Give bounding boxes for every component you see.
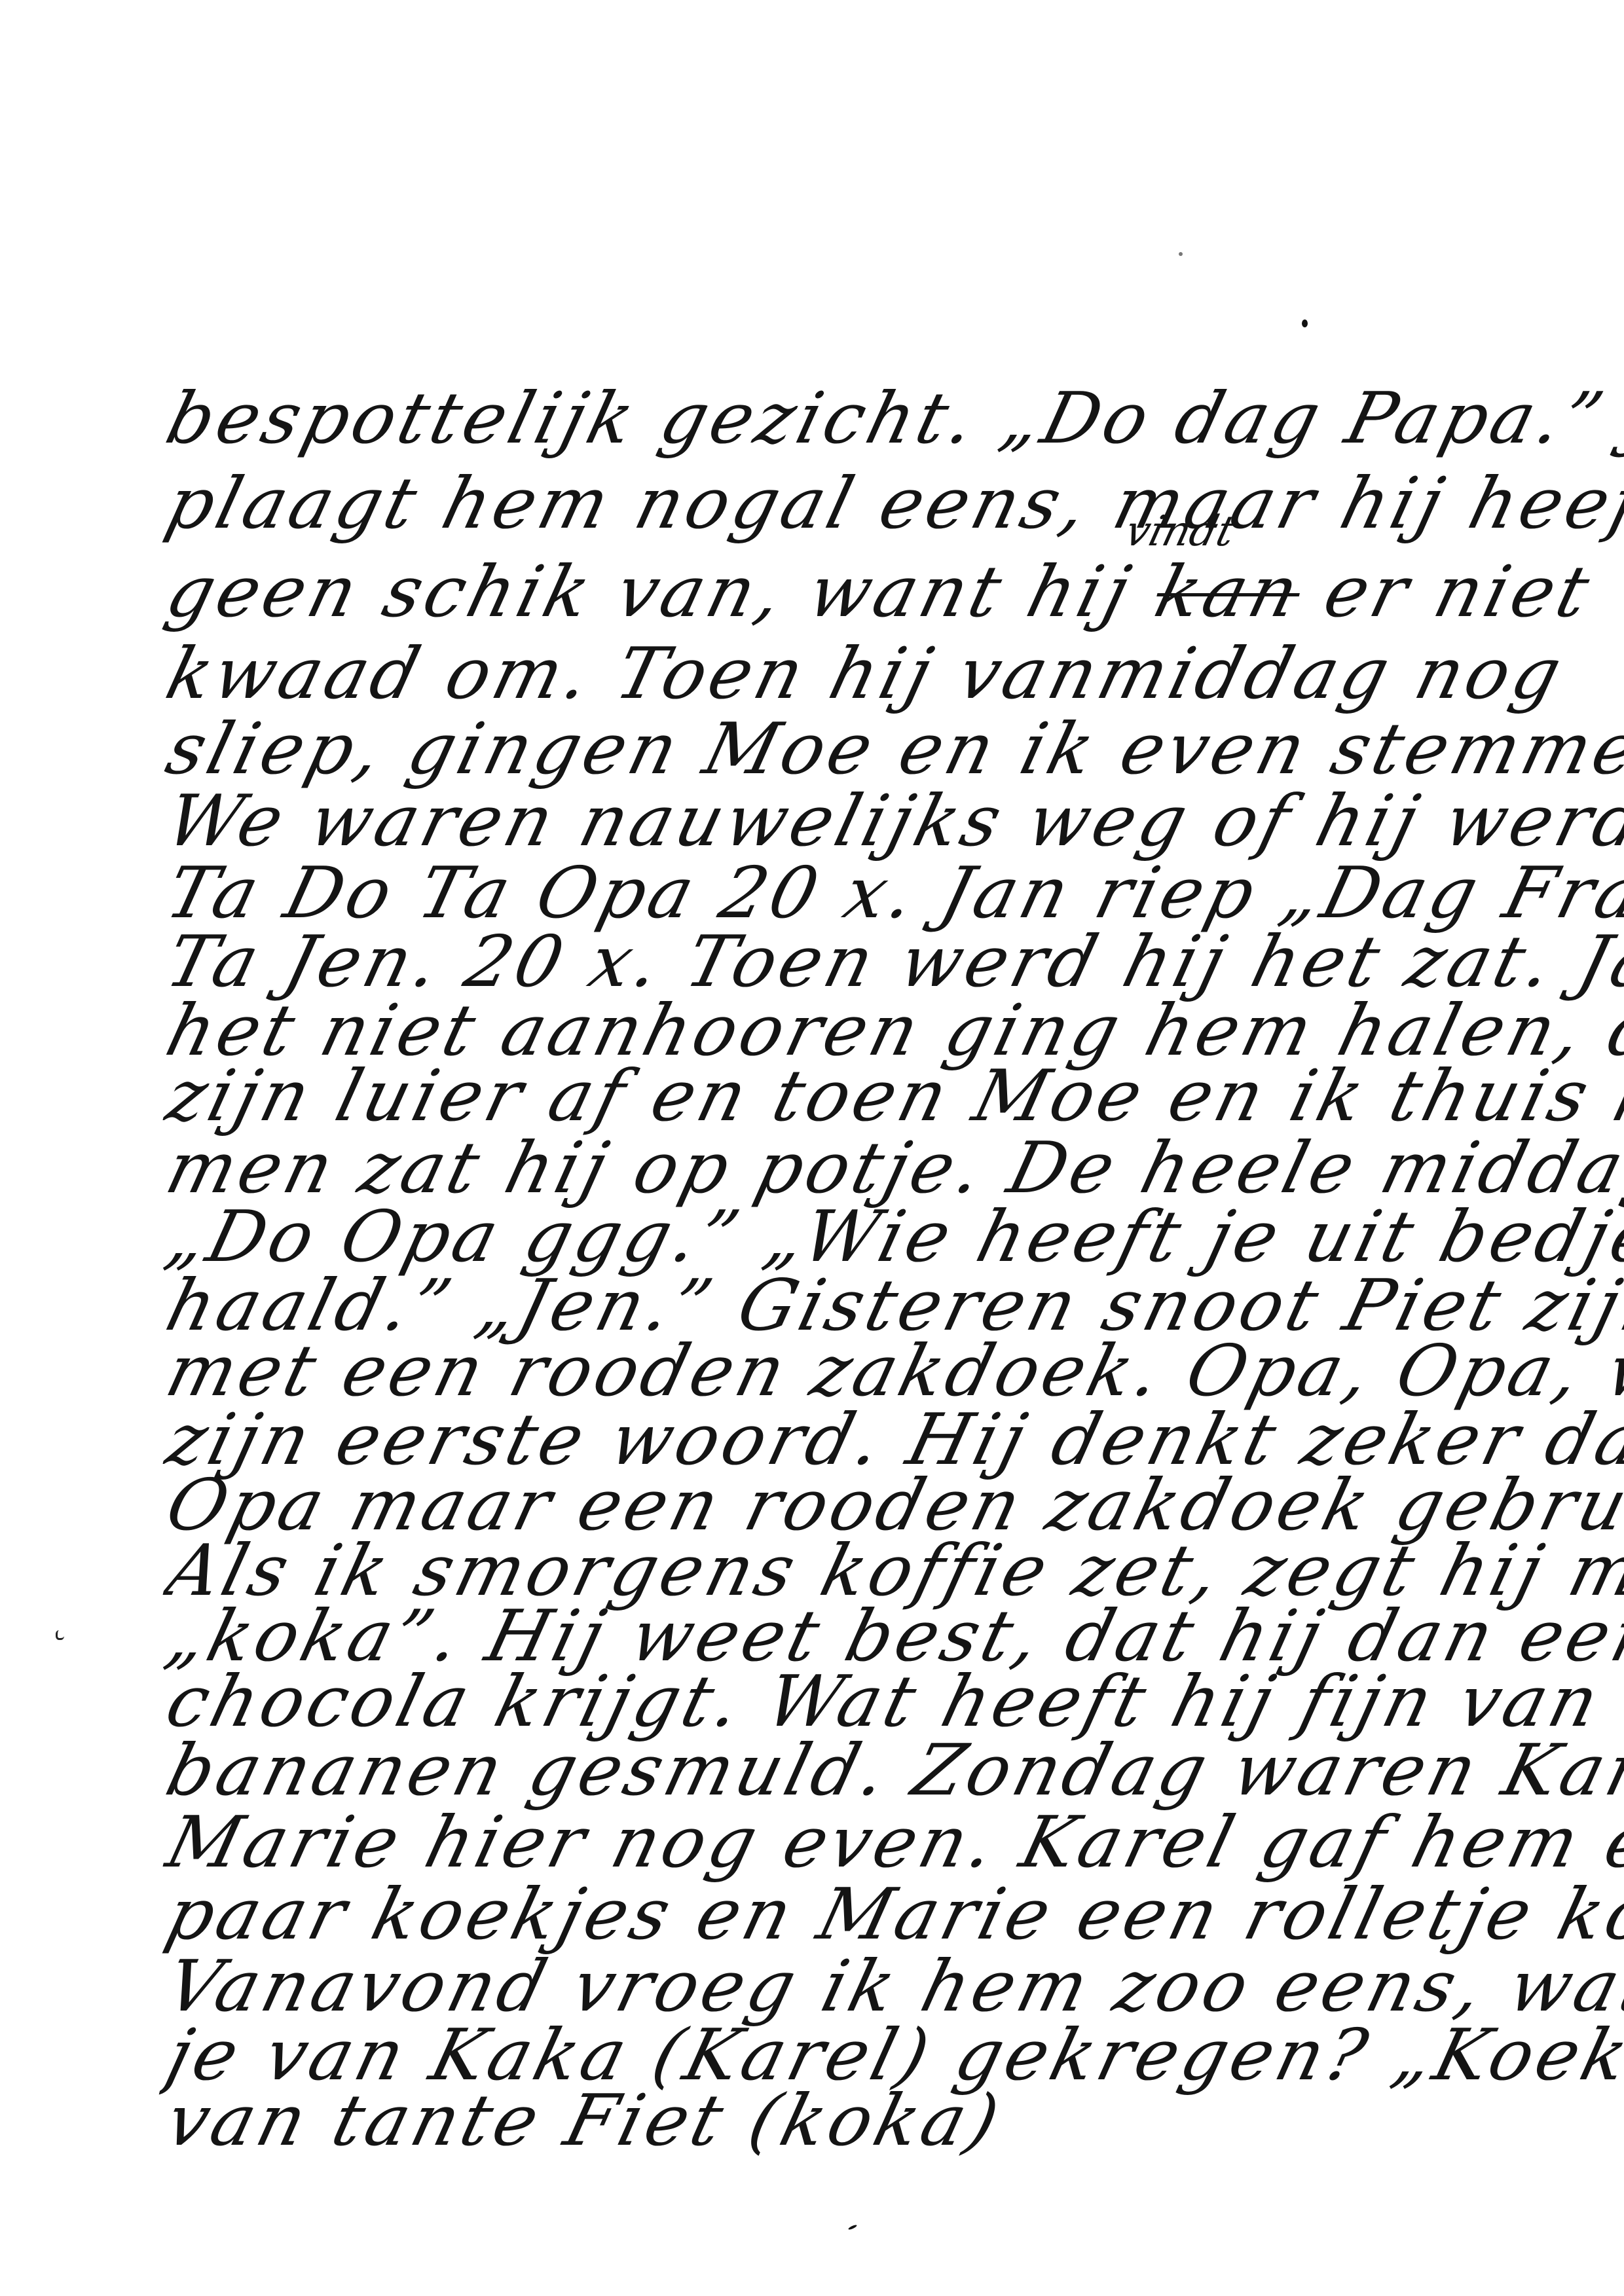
struck-word: kan (1147, 551, 1310, 633)
text-line: van tante Fiet (koka) (157, 2075, 1624, 2167)
text-line: plaagt hem nogal eens, maar hij heeft (157, 458, 1624, 550)
letter-page: vindt bespottelijk gezicht. „Do dag Papa… (0, 0, 1624, 2296)
text-line: bespottelijk gezicht. „Do dag Papa.” Jan (157, 373, 1624, 465)
text-line-with-correction: geen schik van, want hij kan er niet (157, 547, 1624, 638)
line-part: er niet (1290, 551, 1601, 633)
handwritten-text: bespottelijk gezicht. „Do dag Papa.” Jan… (0, 0, 1624, 2296)
line-part: geen schik van, want hij (158, 551, 1168, 633)
